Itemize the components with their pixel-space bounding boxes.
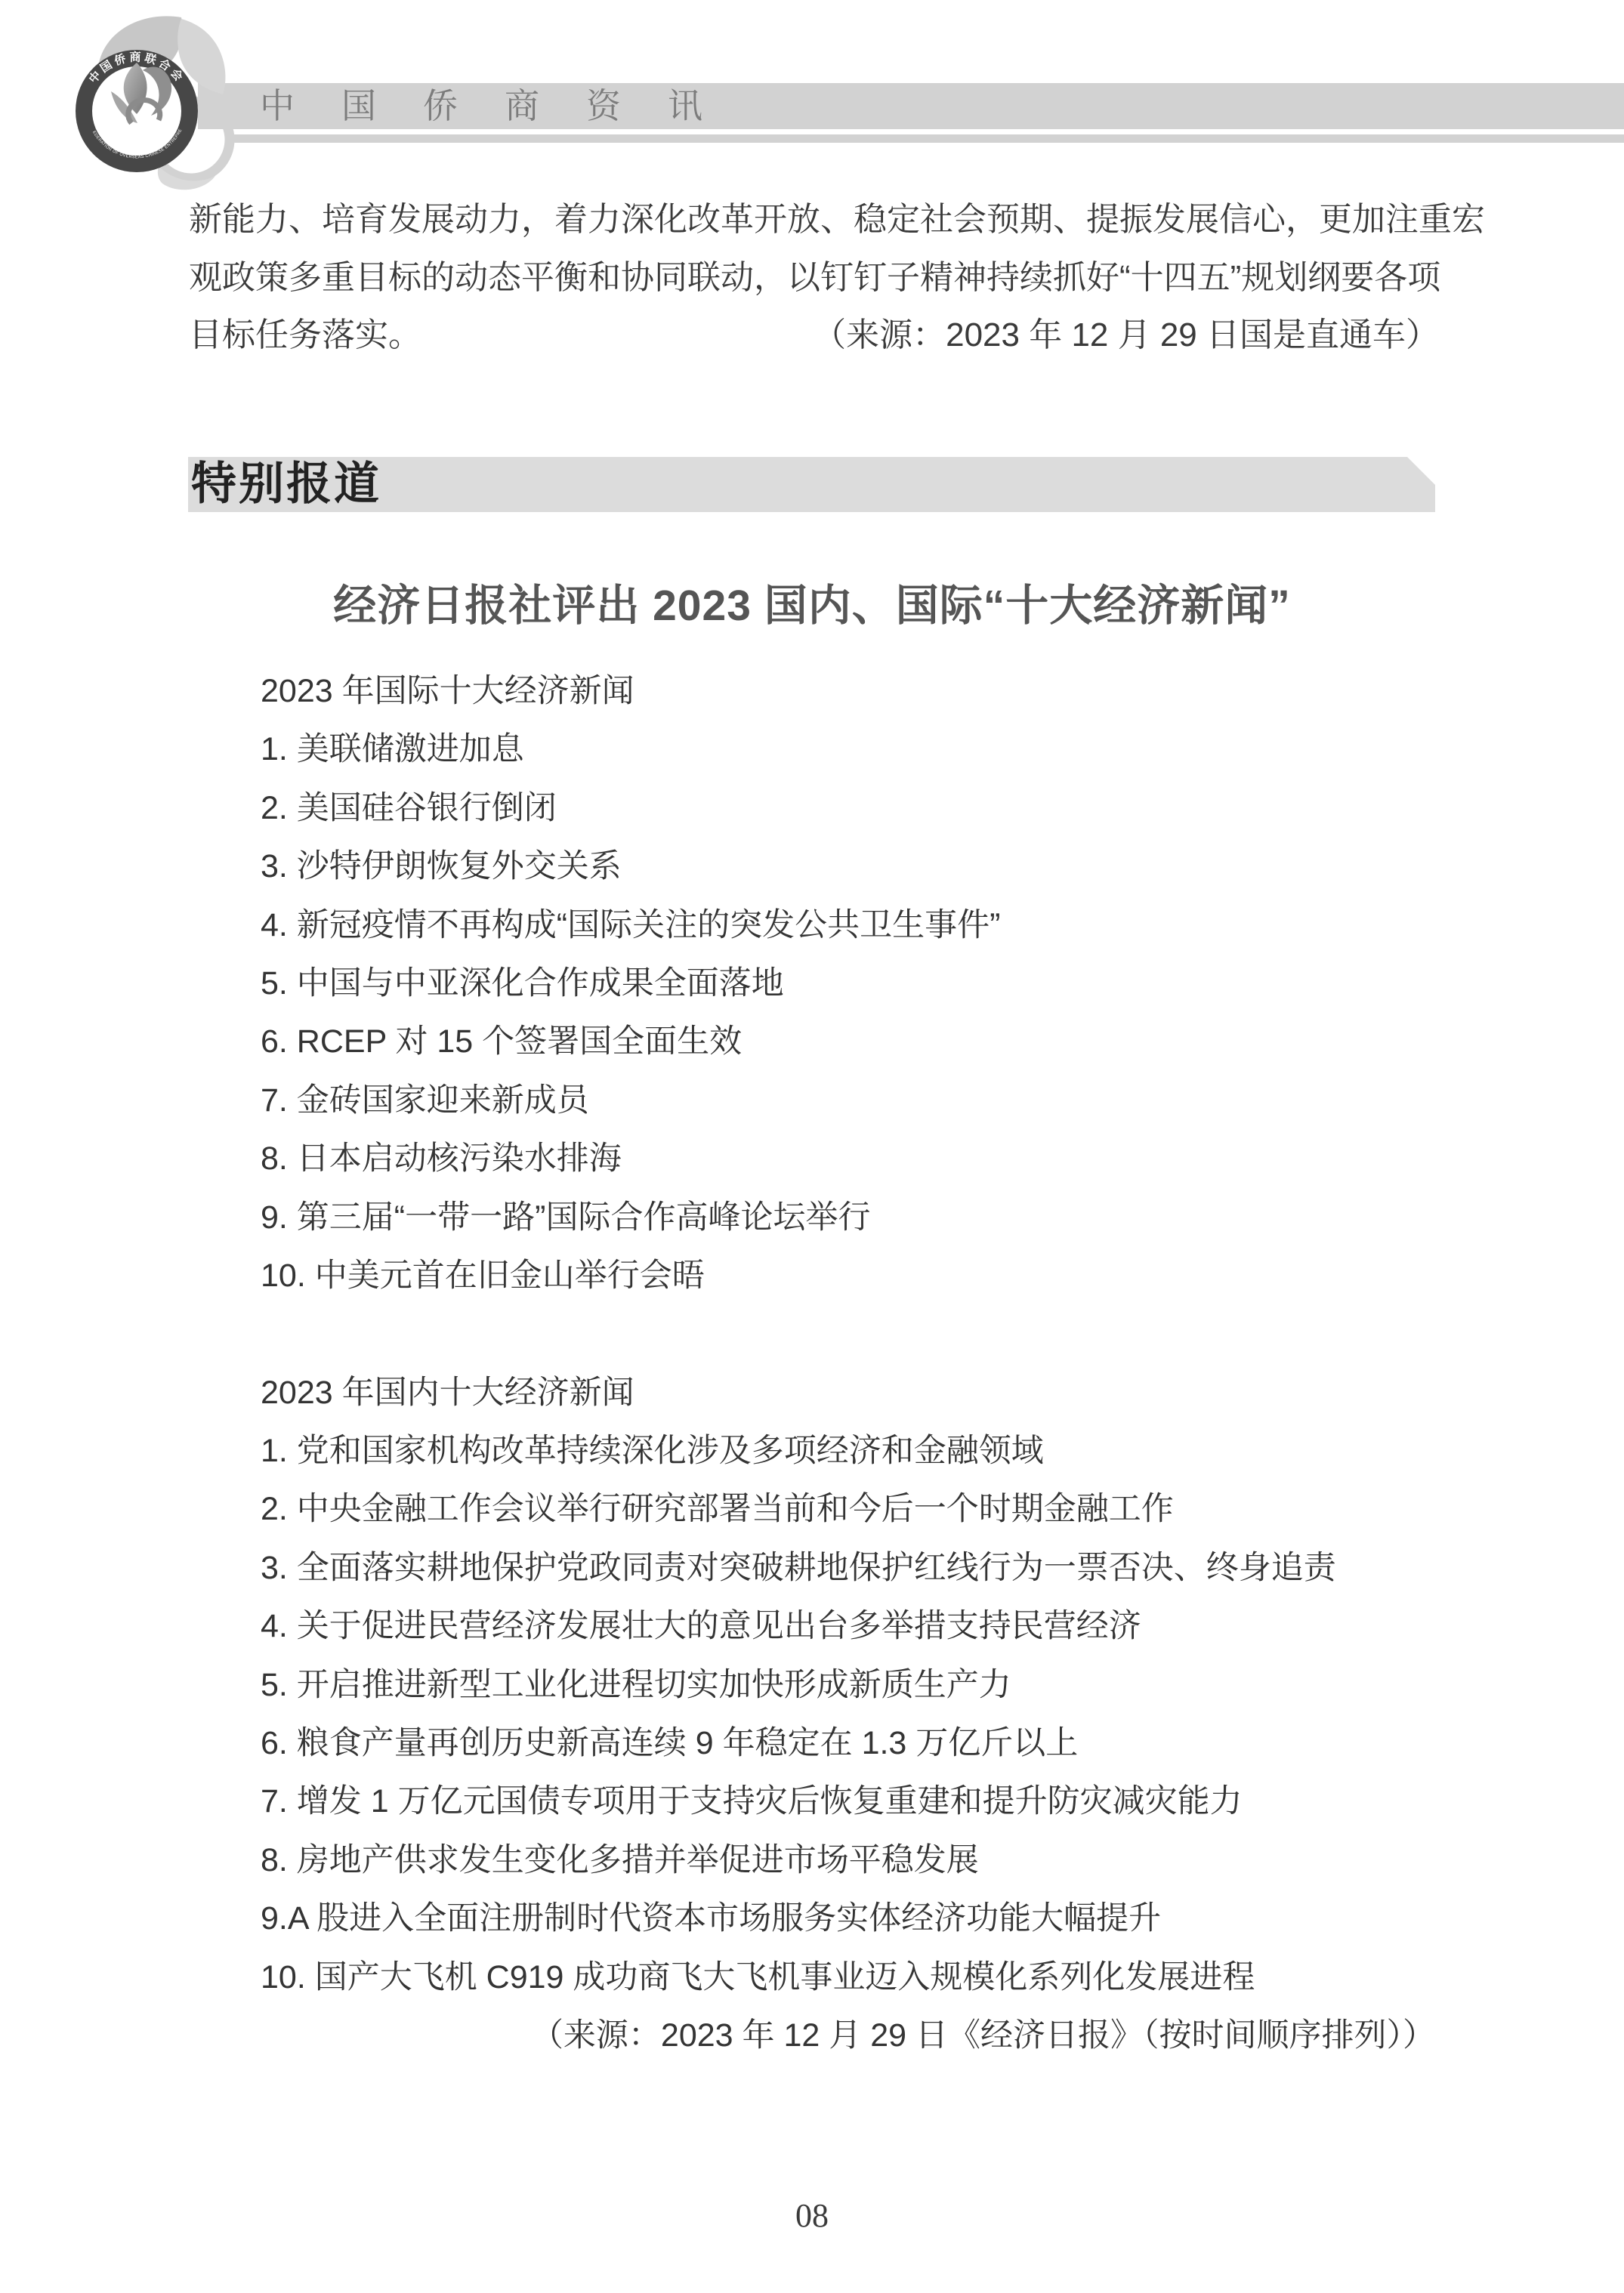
- list-spacer: [261, 1305, 1435, 1363]
- list-item: 7. 金砖国家迎来新成员: [261, 1072, 1435, 1130]
- list-item: 10. 国产大飞机 C919 成功商飞大飞机事业迈入规模化系列化发展进程: [261, 1949, 1435, 2007]
- header-bar-thin: [226, 134, 1624, 143]
- domestic-list-heading: 2023 年国内十大经济新闻: [261, 1364, 1435, 1422]
- list-item: 4. 关于促进民营经济发展壮大的意见出台多举措支持民营经济: [261, 1597, 1435, 1656]
- list-item: 5. 中国与中亚深化合作成果全面落地: [261, 955, 1435, 1013]
- lead-source: （来源：2023 年 12 月 29 日国是直通车）: [813, 307, 1439, 365]
- lead-line-3-text: 目标任务落实。: [189, 307, 421, 365]
- list-item: 6. 粮食产量再创历史新高连续 9 年稳定在 1.3 万亿斤以上: [261, 1714, 1435, 1773]
- section-label-bar: 特别报道: [188, 457, 1435, 512]
- lead-line-1: 新能力、培育发展动力，着力深化改革开放、稳定社会预期、提振发展信心，更加注重宏: [189, 191, 1439, 249]
- lead-line-2: 观政策多重目标的动态平衡和协同联动，以钉钉子精神持续抓好“十四五”规划纲要各项: [189, 249, 1439, 307]
- masthead-title: 中国侨商资讯: [260, 83, 749, 129]
- list-item: 1. 美联储激进加息: [261, 721, 1435, 779]
- list-item: 7. 增发 1 万亿元国债专项用于支持灾后恢复重建和提升防灾减灾能力: [261, 1773, 1435, 1831]
- list-item: 3. 全面落实耕地保护党政同责对突破耕地保护红线行为一票否决、终身追责: [261, 1539, 1435, 1597]
- news-lists: 2023 年国际十大经济新闻 1. 美联储激进加息 2. 美国硅谷银行倒闭 3.…: [261, 662, 1435, 2065]
- article-title: 经济日报社评出 2023 国内、国际“十大经济新闻”: [0, 571, 1624, 633]
- lead-paragraph: 新能力、培育发展动力，着力深化改革开放、稳定社会预期、提振发展信心，更加注重宏 …: [189, 191, 1439, 365]
- international-list-heading: 2023 年国际十大经济新闻: [261, 662, 1435, 721]
- list-item: 9. 第三届“一带一路”国际合作高峰论坛举行: [261, 1189, 1435, 1247]
- newsletter-page: 中国侨商资讯 中国侨商联合会 CHINA FE: [0, 0, 1624, 2293]
- list-item: 8. 日本启动核污染水排海: [261, 1130, 1435, 1188]
- list-item: 9.A 股进入全面注册制时代资本市场服务实体经济功能大幅提升: [261, 1890, 1435, 1948]
- list-item: 8. 房地产供求发生变化多措并举促进市场平稳发展: [261, 1832, 1435, 1890]
- list-item: 3. 沙特伊朗恢复外交关系: [261, 838, 1435, 896]
- list-item: 10. 中美元首在旧金山举行会晤: [261, 1247, 1435, 1305]
- list-item: 5. 开启推进新型工业化进程切实加快形成新质生产力: [261, 1656, 1435, 1714]
- list-item: 1. 党和国家机构改革持续深化涉及多项经济和金融领域: [261, 1422, 1435, 1480]
- page-number: 08: [0, 2196, 1624, 2235]
- list-item: 6. RCEP 对 15 个签署国全面生效: [261, 1013, 1435, 1071]
- list-item: 2. 中央金融工作会议举行研究部署当前和今后一个时期金融工作: [261, 1480, 1435, 1538]
- lead-line-3: 目标任务落实。 （来源：2023 年 12 月 29 日国是直通车）: [189, 307, 1439, 365]
- list-item: 2. 美国硅谷银行倒闭: [261, 779, 1435, 838]
- organization-logo: 中国侨商联合会 CHINA FEDERATION OF OVERSEAS CHI…: [68, 4, 242, 200]
- logo-emblem-icon: 中国侨商联合会 CHINA FEDERATION OF OVERSEAS CHI…: [68, 4, 242, 200]
- list-source: （来源：2023 年 12 月 29 日《经济日报》（按时间顺序排列））: [261, 2007, 1435, 2065]
- list-item: 4. 新冠疫情不再构成“国际关注的突发公共卫生事件”: [261, 897, 1435, 955]
- section-label: 特别报道: [188, 457, 381, 512]
